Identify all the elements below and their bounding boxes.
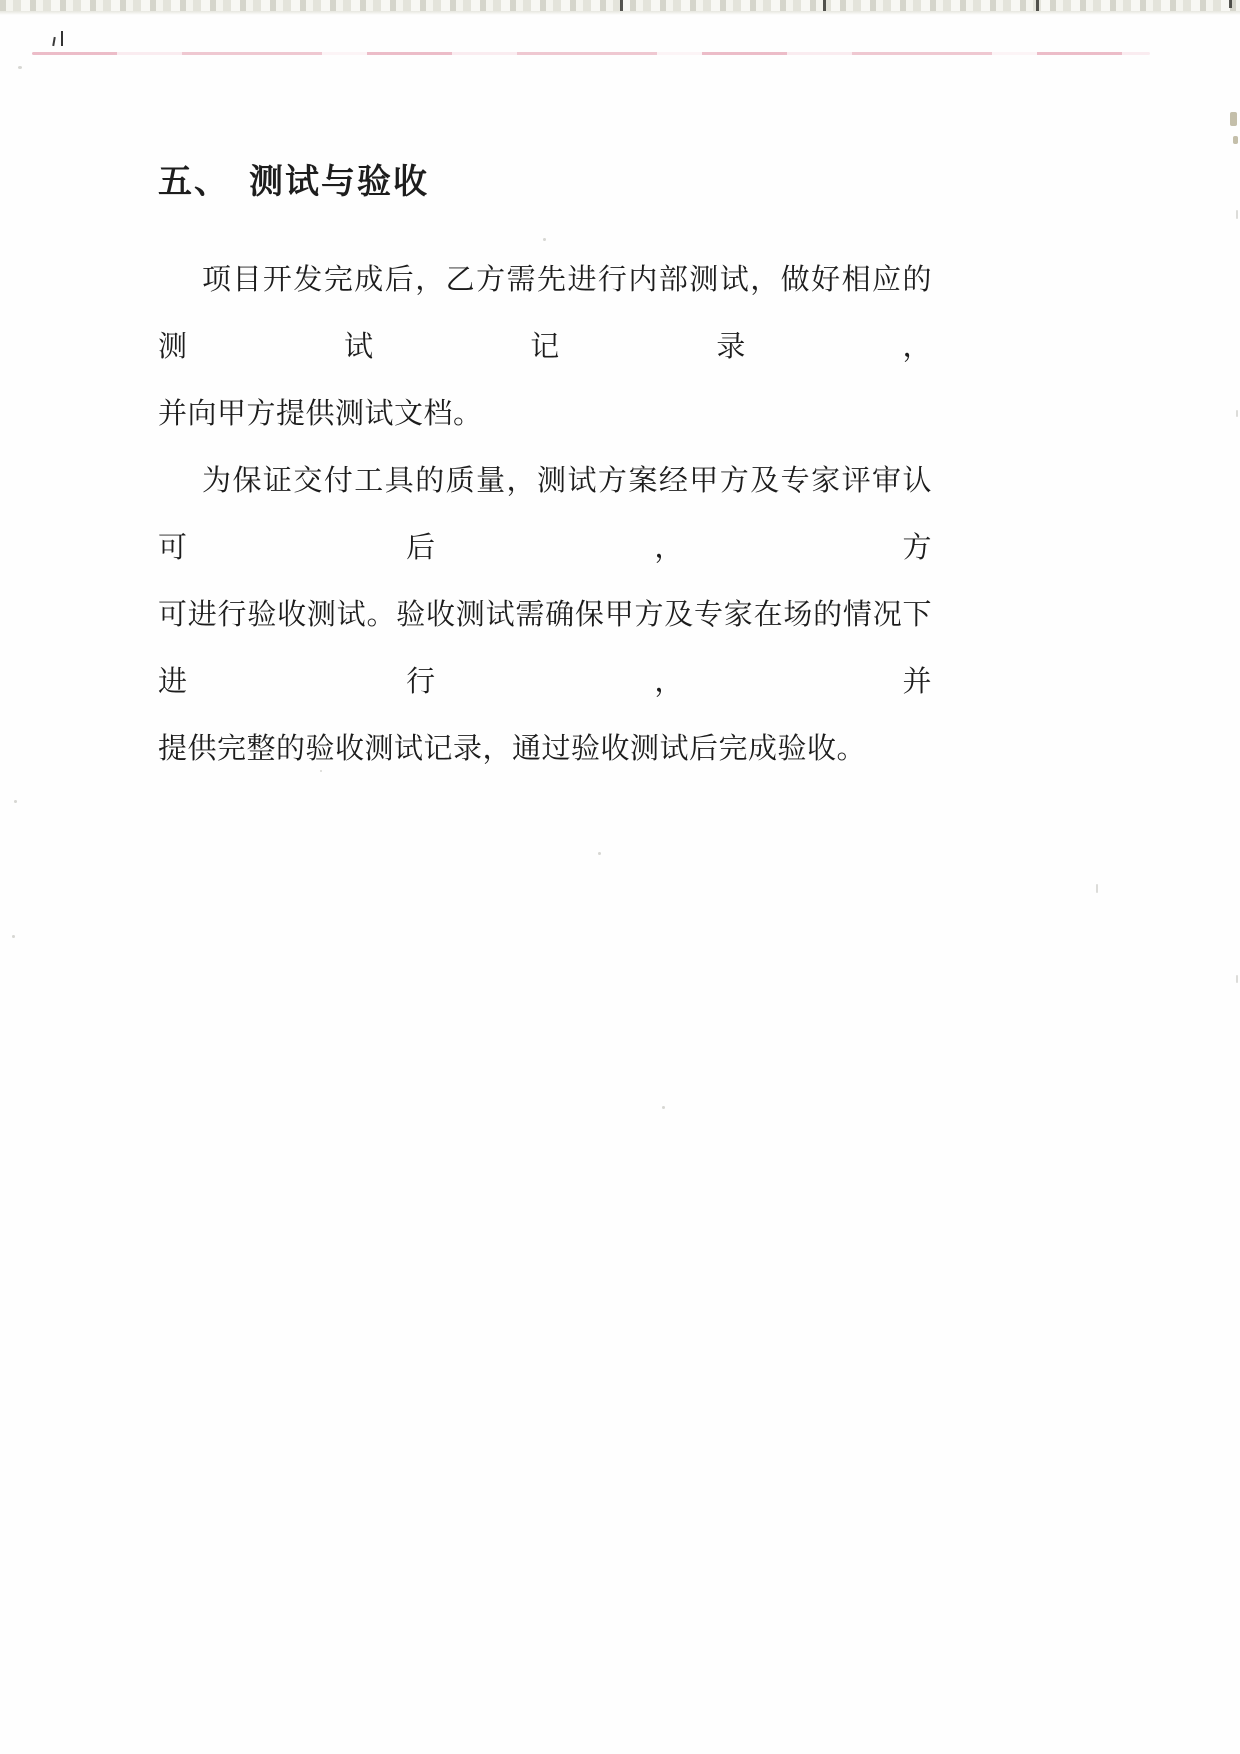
scan-speck: [1230, 112, 1237, 126]
section-heading: 五、 测试与验收: [158, 162, 932, 203]
scan-speck: [662, 1106, 665, 1109]
scan-speck: [1236, 975, 1238, 983]
paragraph-line: 为保证交付工具的质量，测试方案经甲方及专家评审认可后，方: [158, 448, 932, 582]
scan-edge-tick: [620, 0, 623, 11]
scan-speck: [1236, 210, 1238, 219]
paragraph-line: 并向甲方提供测试文档。: [158, 381, 932, 448]
scan-speck: [1233, 136, 1238, 144]
paragraph-line: 项目开发完成后，乙方需先进行内部测试，做好相应的测试记录，: [158, 247, 932, 381]
scan-pink-line: [32, 52, 1150, 55]
scan-speck: [598, 852, 601, 855]
scan-edge-shadow: [0, 11, 1240, 15]
scan-speck: [18, 66, 22, 69]
paragraph-line: 可进行验收测试。验收测试需确保甲方及专家在场的情况下进行，并: [158, 582, 932, 716]
paragraph-line: 提供完整的验收测试记录，通过验收测试后完成验收。: [158, 716, 932, 783]
scan-speck: [1236, 410, 1238, 417]
scan-edge-tick: [1229, 0, 1232, 8]
document-body: 五、 测试与验收 项目开发完成后，乙方需先进行内部测试，做好相应的测试记录， 并…: [158, 162, 932, 783]
scanned-document-page: 五、 测试与验收 项目开发完成后，乙方需先进行内部测试，做好相应的测试记录， 并…: [0, 0, 1240, 1754]
scan-speck: [12, 935, 15, 938]
scan-edge-tick: [1036, 0, 1039, 11]
scan-speck: [14, 800, 17, 803]
scan-edge-tick: [823, 0, 826, 11]
scan-speck: [1096, 884, 1098, 893]
ink-smudge-mark: [52, 30, 68, 47]
